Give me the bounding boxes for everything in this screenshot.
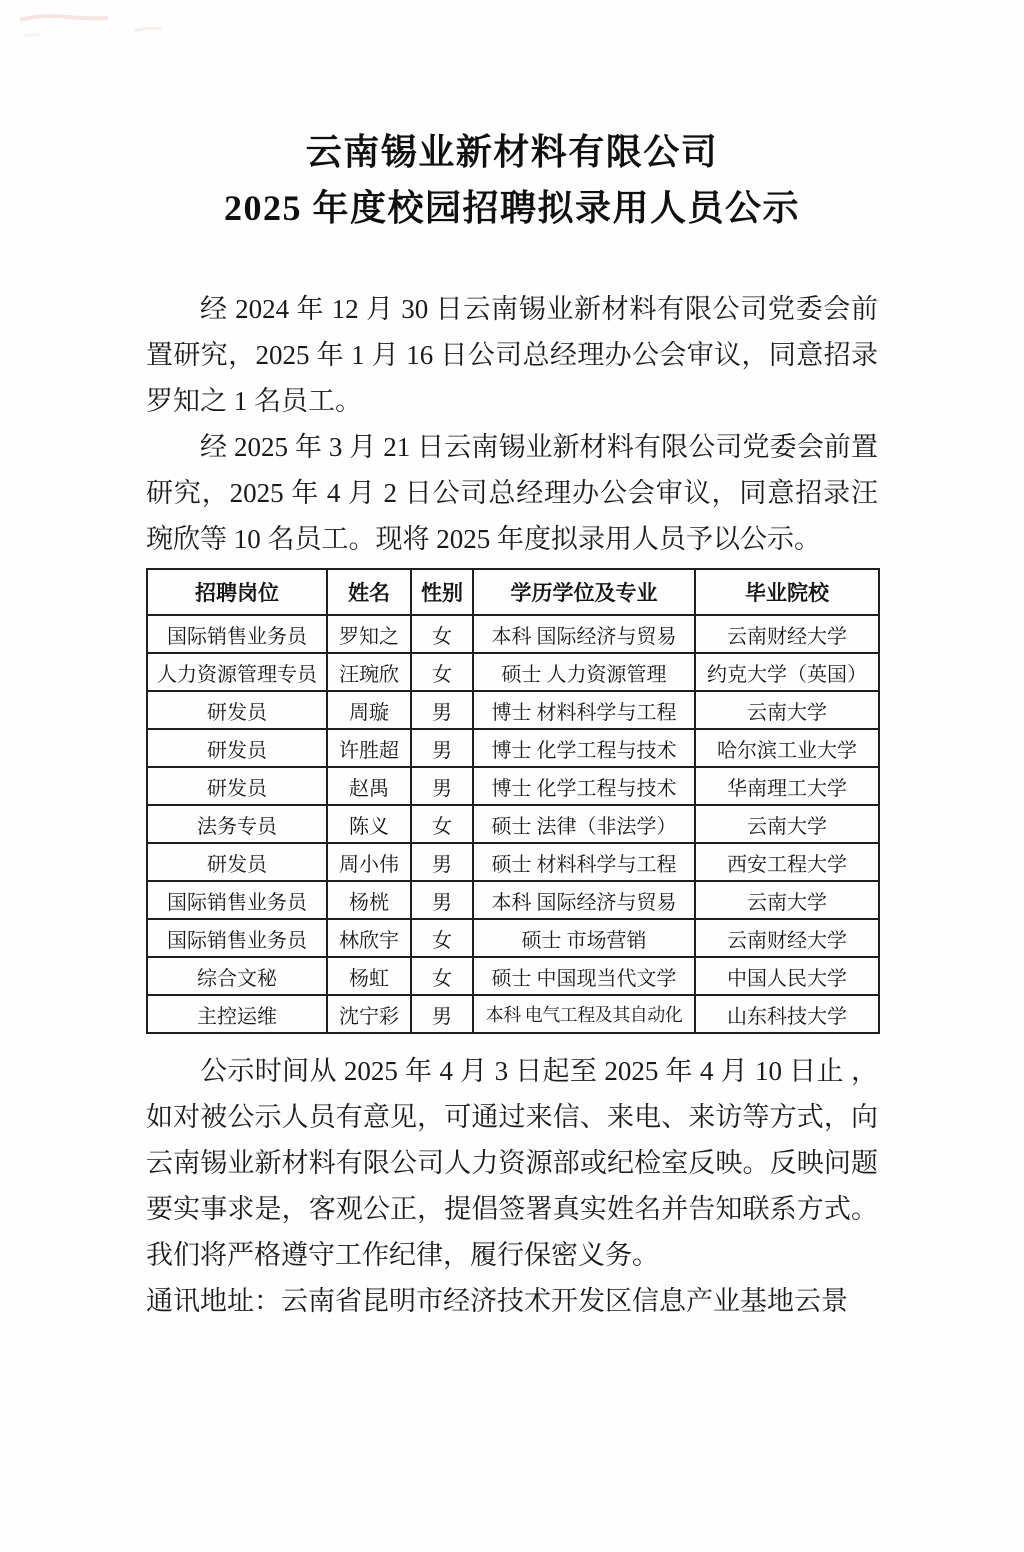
column-header-position: 招聘岗位 — [147, 569, 327, 615]
table-row: 国际销售业务员 杨桄 男 本科 国际经济与贸易 云南大学 — [147, 881, 879, 919]
cell-school: 约克大学（英国） — [695, 653, 879, 691]
document-title: 云南锡业新材料有限公司 2025 年度校园招聘拟录用人员公示 — [146, 124, 878, 236]
cell-gender: 女 — [411, 919, 473, 957]
cell-gender: 男 — [411, 767, 473, 805]
cell-degree-major: 硕士 人力资源管理 — [473, 653, 695, 691]
document-content: 云南锡业新材料有限公司 2025 年度校园招聘拟录用人员公示 经 2024 年 … — [146, 124, 878, 1324]
title-line-1: 云南锡业新材料有限公司 — [146, 124, 878, 180]
scanned-document-page: 云南锡业新材料有限公司 2025 年度校园招聘拟录用人员公示 经 2024 年 … — [0, 0, 1024, 1552]
table-row: 研发员 许胜超 男 博士 化学工程与技术 哈尔滨工业大学 — [147, 729, 879, 767]
cell-school: 西安工程大学 — [695, 843, 879, 881]
column-header-degree-major: 学历学位及专业 — [473, 569, 695, 615]
column-header-school: 毕业院校 — [695, 569, 879, 615]
cell-position: 研发员 — [147, 729, 327, 767]
cell-name: 赵禺 — [327, 767, 411, 805]
cell-gender: 女 — [411, 653, 473, 691]
cell-name: 周小伟 — [327, 843, 411, 881]
address-line: 通讯地址：云南省昆明市经济技术开发区信息产业基地云景 — [146, 1278, 878, 1324]
cell-degree-major: 博士 材料科学与工程 — [473, 691, 695, 729]
cell-school: 云南财经大学 — [695, 615, 879, 653]
cell-name: 林欣宇 — [327, 919, 411, 957]
cell-name: 罗知之 — [327, 615, 411, 653]
cell-name: 杨虹 — [327, 957, 411, 995]
cell-school: 云南大学 — [695, 691, 879, 729]
table-header-row: 招聘岗位 姓名 性别 学历学位及专业 毕业院校 — [147, 569, 879, 615]
cell-position: 研发员 — [147, 691, 327, 729]
cell-position: 人力资源管理专员 — [147, 653, 327, 691]
title-line-2: 2025 年度校园招聘拟录用人员公示 — [146, 180, 878, 236]
cell-gender: 男 — [411, 995, 473, 1033]
cell-school: 华南理工大学 — [695, 767, 879, 805]
cell-gender: 男 — [411, 843, 473, 881]
cell-school: 中国人民大学 — [695, 957, 879, 995]
table-row: 研发员 周璇 男 博士 材料科学与工程 云南大学 — [147, 691, 879, 729]
cell-degree-major: 本科 电气工程及其自动化 — [473, 995, 695, 1033]
cell-position: 国际销售业务员 — [147, 615, 327, 653]
cell-position: 法务专员 — [147, 805, 327, 843]
cell-position: 主控运维 — [147, 995, 327, 1033]
cell-degree-major: 博士 化学工程与技术 — [473, 767, 695, 805]
column-header-name: 姓名 — [327, 569, 411, 615]
cell-degree-major: 本科 国际经济与贸易 — [473, 881, 695, 919]
paragraph-2: 经 2025 年 3 月 21 日云南锡业新材料有限公司党委会前置研究，2025… — [146, 424, 878, 562]
cell-position: 综合文秘 — [147, 957, 327, 995]
paragraph-1: 经 2024 年 12 月 30 日云南锡业新材料有限公司党委会前置研究，202… — [146, 286, 878, 424]
cell-degree-major: 硕士 中国现当代文学 — [473, 957, 695, 995]
table-row: 国际销售业务员 罗知之 女 本科 国际经济与贸易 云南财经大学 — [147, 615, 879, 653]
cell-gender: 女 — [411, 805, 473, 843]
cell-name: 许胜超 — [327, 729, 411, 767]
cell-school: 云南财经大学 — [695, 919, 879, 957]
cell-school: 哈尔滨工业大学 — [695, 729, 879, 767]
cell-name: 汪琬欣 — [327, 653, 411, 691]
cell-degree-major: 硕士 市场营销 — [473, 919, 695, 957]
cell-position: 研发员 — [147, 843, 327, 881]
table-row: 人力资源管理专员 汪琬欣 女 硕士 人力资源管理 约克大学（英国） — [147, 653, 879, 691]
table-row: 主控运维 沈宁彩 男 本科 电气工程及其自动化 山东科技大学 — [147, 995, 879, 1033]
cell-school: 云南大学 — [695, 881, 879, 919]
cell-degree-major: 硕士 法律（非法学） — [473, 805, 695, 843]
column-header-gender: 性别 — [411, 569, 473, 615]
cell-gender: 男 — [411, 881, 473, 919]
cell-name: 沈宁彩 — [327, 995, 411, 1033]
cell-degree-major: 本科 国际经济与贸易 — [473, 615, 695, 653]
cell-position: 国际销售业务员 — [147, 919, 327, 957]
cell-degree-major: 硕士 材料科学与工程 — [473, 843, 695, 881]
cell-degree-major: 博士 化学工程与技术 — [473, 729, 695, 767]
table-row: 法务专员 陈义 女 硕士 法律（非法学） 云南大学 — [147, 805, 879, 843]
table-row: 国际销售业务员 林欣宇 女 硕士 市场营销 云南财经大学 — [147, 919, 879, 957]
paragraph-3: 公示时间从 2025 年 4 月 3 日起至 2025 年 4 月 10 日止 … — [146, 1048, 878, 1278]
table-row: 研发员 周小伟 男 硕士 材料科学与工程 西安工程大学 — [147, 843, 879, 881]
cell-position: 国际销售业务员 — [147, 881, 327, 919]
cell-gender: 女 — [411, 957, 473, 995]
cell-name: 杨桄 — [327, 881, 411, 919]
cell-gender: 男 — [411, 691, 473, 729]
table-row: 综合文秘 杨虹 女 硕士 中国现当代文学 中国人民大学 — [147, 957, 879, 995]
scan-artifact-red-marks — [6, 6, 266, 56]
cell-name: 陈义 — [327, 805, 411, 843]
cell-gender: 女 — [411, 615, 473, 653]
cell-gender: 男 — [411, 729, 473, 767]
table-row: 研发员 赵禺 男 博士 化学工程与技术 华南理工大学 — [147, 767, 879, 805]
cell-position: 研发员 — [147, 767, 327, 805]
cell-school: 云南大学 — [695, 805, 879, 843]
cell-school: 山东科技大学 — [695, 995, 879, 1033]
recruitment-roster-table: 招聘岗位 姓名 性别 学历学位及专业 毕业院校 国际销售业务员 罗知之 女 本科… — [146, 568, 880, 1034]
cell-name: 周璇 — [327, 691, 411, 729]
